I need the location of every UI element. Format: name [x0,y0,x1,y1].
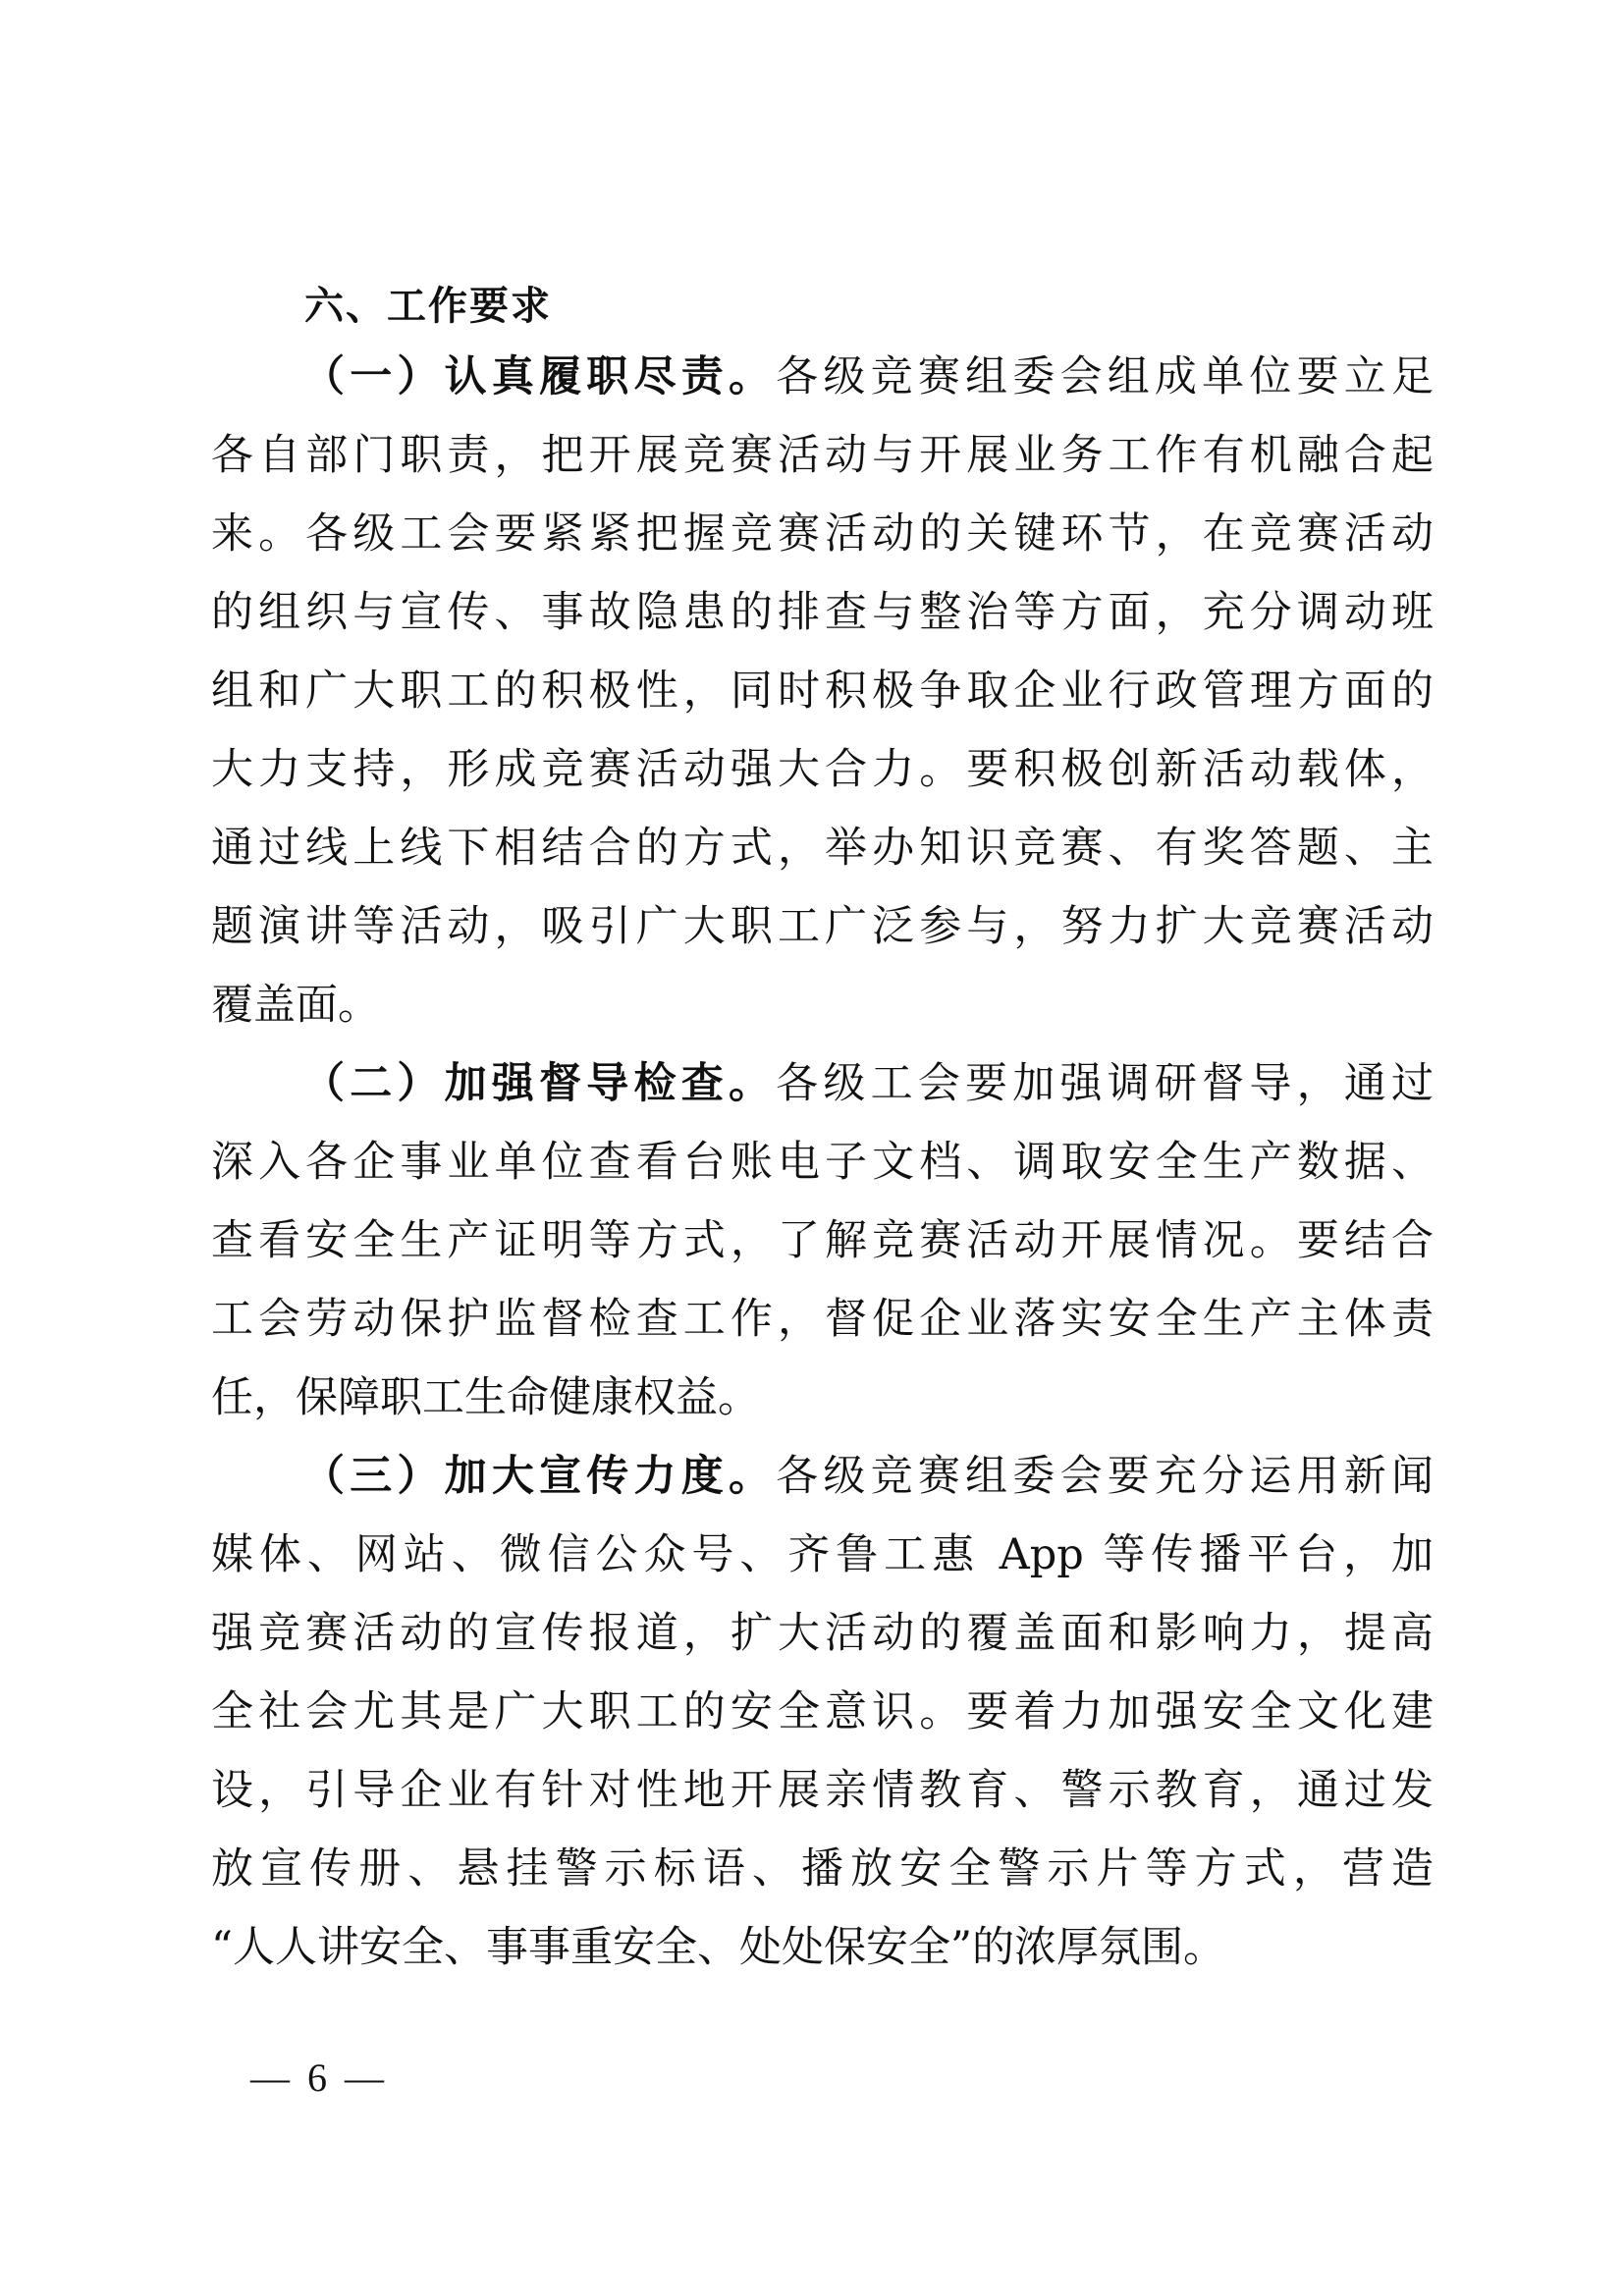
paragraph-2-line: 深入各企事业单位查看台账电子文档、调取安全生产数据、 [211,1137,1434,1215]
paragraph-3-line: 强竞赛活动的宣传报道，扩大活动的覆盖面和影响力，提高 [211,1608,1434,1686]
paragraph-2-title: （二）加强督导检查。 [302,1059,776,1108]
paragraph-3-line: 全社会尤其是广大职工的安全意识。要着力加强安全文化建 [211,1686,1434,1765]
paragraph-3-line: 设，引导企业有针对性地开展亲情教育、警示教育，通过发 [211,1765,1434,1843]
paragraph-1-line: 覆盖面。 [211,980,1434,1058]
paragraph-1-line: 组和广大职工的积极性，同时积极争取企业行政管理方面的 [211,666,1434,744]
paragraph-3-line: 媒体、网站、微信公众号、齐鲁工惠 App 等传播平台，加 [211,1529,1434,1608]
paragraph-1-line: 大力支持，形成竞赛活动强大合力。要积极创新活动载体， [211,744,1434,823]
paragraph-1-title: （一）认真履职尽责。 [302,352,776,401]
paragraph-2-line: 任，保障职工生命健康权益。 [211,1372,1434,1451]
paragraph-3-title: （三）加大宣传力度。 [302,1452,776,1501]
paragraph-2-line: 查看安全生产证明等方式，了解竞赛活动开展情况。要结合 [211,1215,1434,1294]
paragraph-1-line: 题演讲等活动，吸引广大职工广泛参与，努力扩大竞赛活动 [211,901,1434,980]
paragraph-1-line: 各自部门职责，把开展竞赛活动与开展业务工作有机融合起 [211,430,1434,508]
paragraph-1-line: 来。各级工会要紧紧把握竞赛活动的关键环节，在竞赛活动 [211,508,1434,587]
paragraph-3-line: 放宣传册、悬挂警示标语、播放安全警示片等方式，营造 [211,1843,1434,1922]
paragraph-2-line: 工会劳动保护监督检查工作，督促企业落实安全生产主体责 [211,1294,1434,1372]
page-number: — 6 — [250,2054,388,2103]
paragraph-3-line: “人人讲安全、事事重安全、处处保安全”的浓厚氛围。 [211,1922,1434,2001]
document-page: 六、工作要求 （一）认真履职尽责。各级竞赛组委会组成单位要立足 各自部门职责，把… [0,0,1624,2296]
section-heading: 六、工作要求 [304,277,552,336]
paragraph-1-line: 通过线上线下相结合的方式，举办知识竞赛、有奖答题、主 [211,823,1434,901]
paragraph-3-line-1: （三）加大宣传力度。各级竞赛组委会要充分运用新闻 [211,1451,1434,1529]
paragraph-1-line: 的组织与宣传、事故隐患的排查与整治等方面，充分调动班 [211,587,1434,666]
paragraph-2-line-1: （二）加强督导检查。各级工会要加强调研督导，通过 [211,1058,1434,1137]
paragraph-1-line-1: （一）认真履职尽责。各级竞赛组委会组成单位要立足 [211,351,1434,430]
document-body: （一）认真履职尽责。各级竞赛组委会组成单位要立足 各自部门职责，把开展竞赛活动与… [211,351,1434,2001]
